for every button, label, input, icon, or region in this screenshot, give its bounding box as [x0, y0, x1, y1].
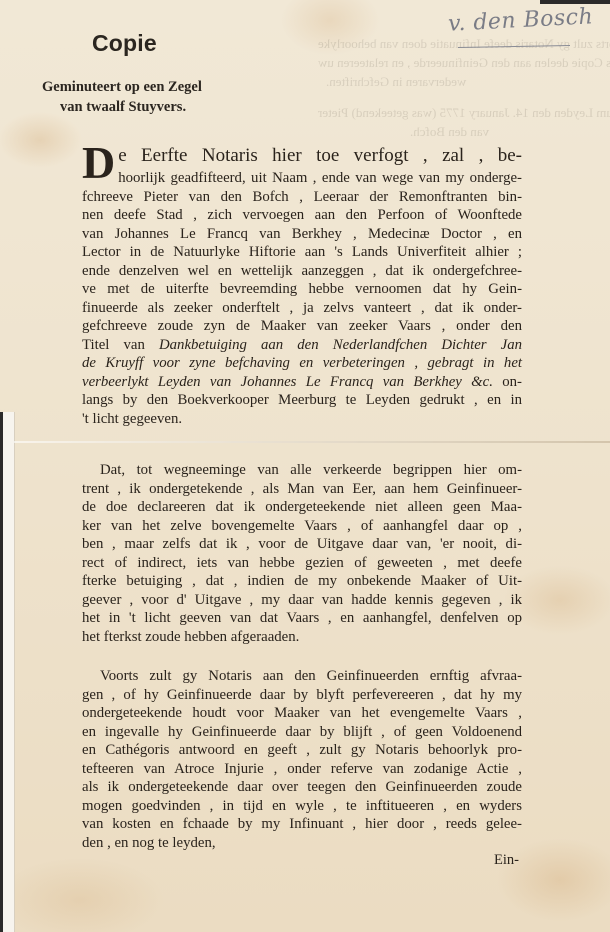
text-line: 't licht gegeeven. — [82, 410, 522, 429]
text-line: geever , voor d' Uitgave , my daar van h… — [82, 591, 522, 610]
text-line: van kosten en fchaade by my Infinuant , … — [82, 815, 522, 834]
catchword: Ein- — [494, 852, 519, 869]
paper-fold — [14, 441, 610, 443]
paragraph-3: Voorts zult gy Notaris aan den Geinfinue… — [82, 667, 522, 852]
paragraph-2: Dat, tot wegneeminge van alle verkeerde … — [82, 461, 522, 646]
text-line: ve met de uiterfte bevreemding hebbe ver… — [82, 280, 522, 299]
roman-text: on- — [493, 374, 522, 390]
text-line: e Eerfte Notaris hier toe verfogt , zal … — [82, 143, 522, 169]
scan-edge-left-shadow — [0, 412, 3, 932]
text-line: ker van het zelve bovengemelte Vaars , o… — [82, 517, 522, 536]
text-line: ondergeteekende houdt voor Maaker van he… — [82, 704, 522, 723]
text-line: langs by den Boekverkooper Meerburg te L… — [82, 391, 522, 410]
scan-edge-top — [540, 0, 610, 4]
text-line: Dat, tot wegneeminge van alle verkeerde … — [82, 461, 522, 480]
text-line: het fterkst zoude hebben afgeraaden. — [82, 628, 522, 647]
text-line: en Cathégoris antwoord en geeft , zult g… — [82, 741, 522, 760]
text-line-mixed: Titel van Dankbetuiging aan den Nederlan… — [82, 336, 522, 355]
text-line: Voorts zult gy Notaris aan den Geinfinue… — [82, 667, 522, 686]
text-line: den , en nog te leyden, — [82, 834, 522, 853]
text-line: ben , maar zelfs dat ik , voor de Uitgav… — [82, 535, 522, 554]
text-line: van Johannes Le Francq van Berkhey , Med… — [82, 225, 522, 244]
text-line: fchreeve Pieter van den Bofch , Leeraar … — [82, 188, 522, 207]
text-line: de doe declareeren dat ik ondergeteekend… — [82, 498, 522, 517]
text-line: Lector in de Natuurlyke Hiftorie aan 's … — [82, 243, 522, 262]
bleed-through-line: van den Bofch. — [410, 124, 489, 140]
text-line: gefchreeve zoude zyn de Maaker van zeeke… — [82, 317, 522, 336]
text-line: mogen goedvinden , in tijd en wyle , te … — [82, 797, 522, 816]
bleed-through-line: Actum Leyden den 14. January 1775 (was g… — [318, 105, 610, 121]
text-line: en ingevalle hy Geinfinueerde daar by bl… — [82, 723, 522, 742]
document-heading: Copie — [92, 30, 157, 57]
text-line: ende denzelven wel en wettelijk aanzegge… — [82, 262, 522, 281]
document-page: Voorts zult gy Notaris deefe Infinuatie … — [0, 0, 610, 932]
stamp-note-line: Geminuteert op een Zegel — [42, 79, 202, 96]
bleed-through-line: bevorens Copie deelen aan den Geinfinuee… — [318, 55, 610, 71]
text-line: hoorlijk geadfifteerd, uit Naam , ende v… — [82, 169, 522, 188]
text-line: het in 't licht geeven van dat Vaars , e… — [82, 609, 522, 628]
drop-cap: D — [82, 145, 115, 181]
text-line: fterke betuiging , dat , indien de my on… — [82, 572, 522, 591]
text-line: als ik ondergeteekende daar over teegen … — [82, 778, 522, 797]
book-title-italic: de Kruyff voor zyne befchaving en verbet… — [82, 354, 522, 373]
bleed-through-line: Voorts zult gy Notaris deefe Infinuatie … — [318, 36, 610, 52]
bleed-through-line: wedervaren in Gefchriften. — [326, 74, 466, 90]
handwritten-annotation: v. den Bosch — [447, 4, 593, 37]
stamp-note-line: van twaalf Stuyvers. — [60, 99, 186, 116]
text-line: finueerde als zeeker onderftelt , ja zel… — [82, 299, 522, 318]
text-line: gen , of hy Geinfinueerde daar by blyft … — [82, 686, 522, 705]
paragraph-1: D e Eerfte Notaris hier toe verfogt , za… — [82, 143, 522, 428]
text-line-mixed: verbeerlykt Leyden van Johannes Le Franc… — [82, 373, 522, 392]
book-title-italic: verbeerlykt Leyden van Johannes Le Franc… — [82, 374, 493, 390]
text-line: tefteeren van Atroce Injurie , onder ref… — [82, 760, 522, 779]
book-title-italic: Dankbetuiging aan den Nederlandfchen Dic… — [159, 337, 522, 353]
text-line: nen deefe Stad , zich vervoegen aan den … — [82, 206, 522, 225]
text-line: rect of indirect, iets van hebbe gezien … — [82, 554, 522, 573]
roman-text: Titel van — [82, 337, 159, 353]
text-line: trent , ik ondergetekende , als Man van … — [82, 480, 522, 499]
